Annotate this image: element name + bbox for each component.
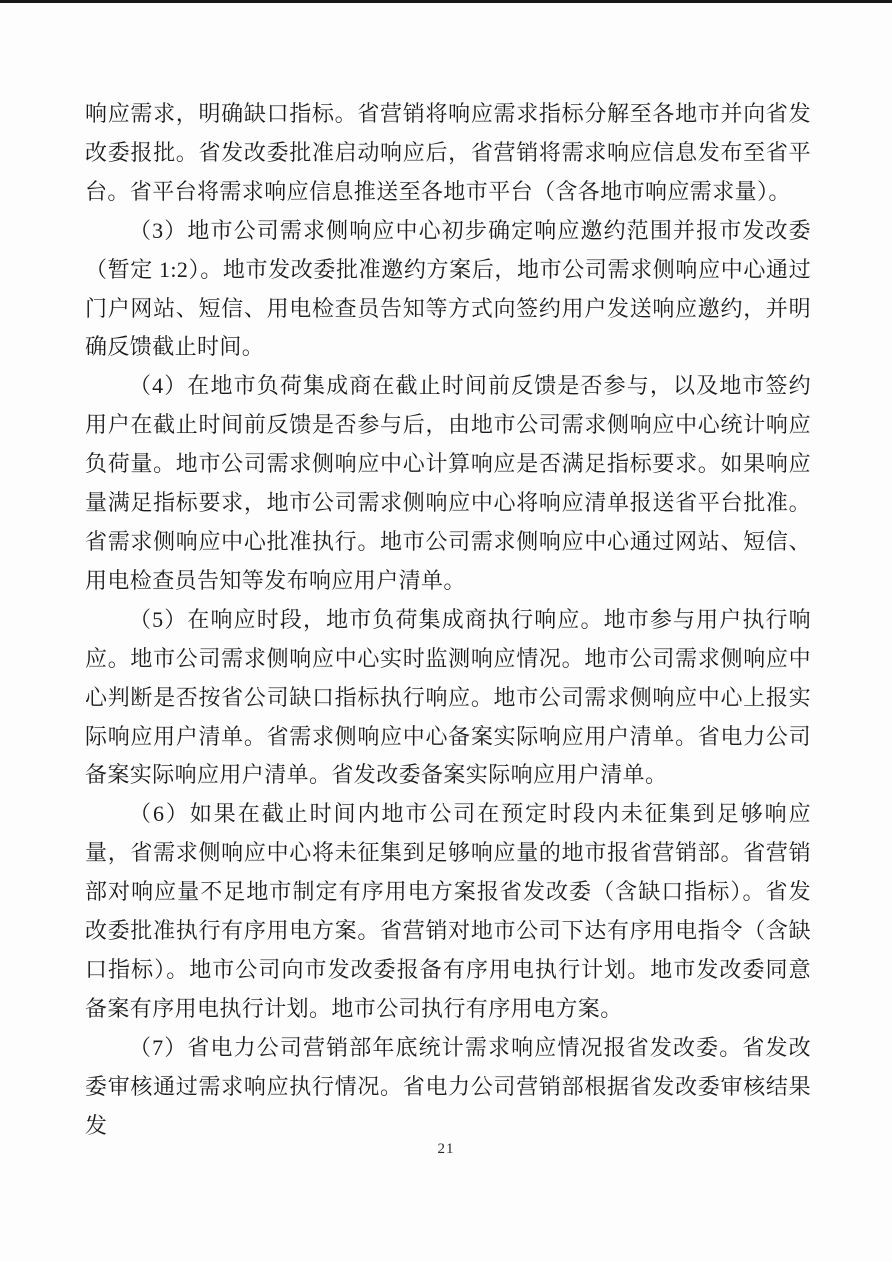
scan-edge-artifact <box>0 0 892 3</box>
paragraph-item-3: （3）地市公司需求侧响应中心初步确定响应邀约范围并报市发改委（暂定 1:2）。地… <box>85 212 811 368</box>
document-text-body: 响应需求，明确缺口指标。省营销将响应需求指标分解至各地市并向省发改委报批。省发改… <box>85 95 811 1145</box>
paragraph-item-7: （7）省电力公司营销部年底统计需求响应情况报省发改委。省发改委审核通过需求响应执… <box>85 1029 811 1146</box>
paragraph-continued: 响应需求，明确缺口指标。省营销将响应需求指标分解至各地市并向省发改委报批。省发改… <box>85 95 811 212</box>
paragraph-item-6: （6）如果在截止时间内地市公司在预定时段内未征集到足够响应量，省需求侧响应中心将… <box>85 795 811 1028</box>
paragraph-item-4: （4）在地市负荷集成商在截止时间前反馈是否参与，以及地市签约用户在截止时间前反馈… <box>85 367 811 600</box>
page-number: 21 <box>0 1141 892 1158</box>
paragraph-item-5: （5）在响应时段，地市负荷集成商执行响应。地市参与用户执行响应。地市公司需求侧响… <box>85 601 811 796</box>
